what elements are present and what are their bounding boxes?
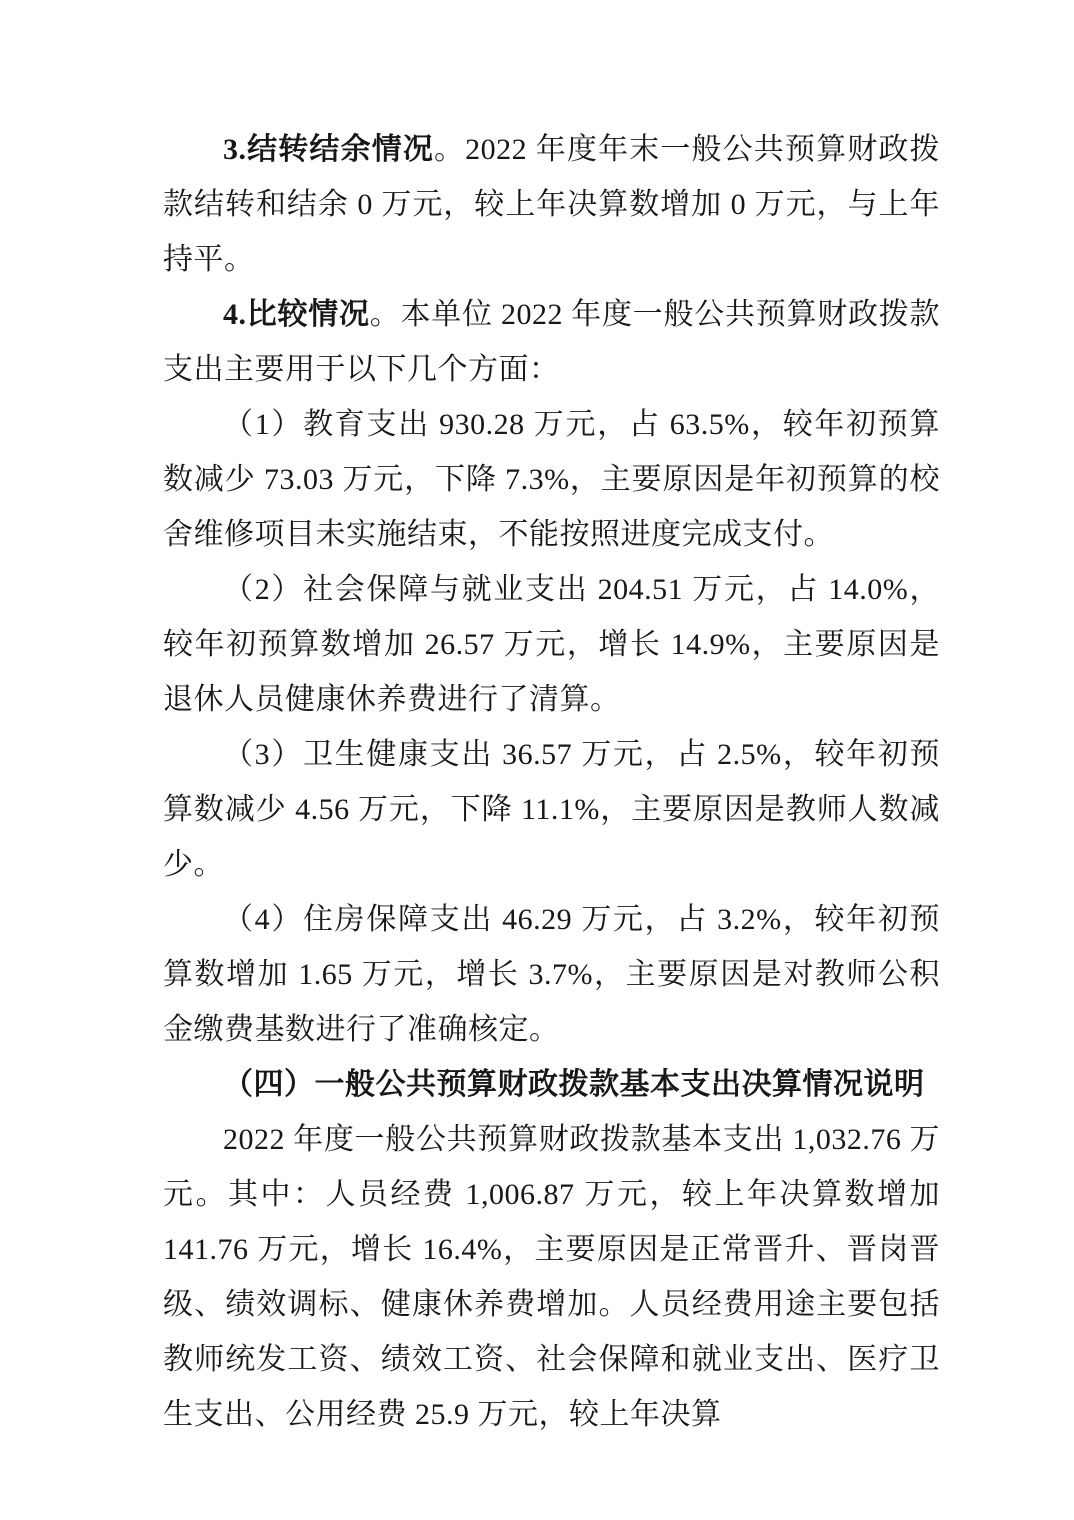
paragraph-basic-expenditure-detail: 2022 年度一般公共预算财政拨款基本支出 1,032.76 万元。其中：人员经… bbox=[163, 1112, 940, 1442]
paragraph-health-expense: （3）卫生健康支出 36.57 万元，占 2.5%，较年初预算数减少 4.56 … bbox=[163, 727, 940, 892]
paragraph-education-expense: （1）教育支出 930.28 万元，占 63.5%，较年初预算数减少 73.03… bbox=[163, 397, 940, 562]
paragraph-carryover-balance: 3.结转结余情况。2022 年度年末一般公共预算财政拨款结转和结余 0 万元，较… bbox=[163, 122, 940, 287]
paragraph-lead: 3.结转结余情况 bbox=[223, 133, 434, 166]
paragraph-social-security-expense: （2）社会保障与就业支出 204.51 万元，占 14.0%，较年初预算数增加 … bbox=[163, 562, 940, 727]
paragraph-lead: 4.比较情况 bbox=[223, 298, 370, 331]
heading-text: （四）一般公共预算财政拨款基本支出决算情况说明 bbox=[223, 1068, 925, 1101]
paragraph-comparison: 4.比较情况。本单位 2022 年度一般公共预算财政拨款支出主要用于以下几个方面… bbox=[163, 287, 940, 397]
paragraph-body: （2）社会保障与就业支出 204.51 万元，占 14.0%，较年初预算数增加 … bbox=[163, 573, 940, 716]
section-heading-basic-expenditure: （四）一般公共预算财政拨款基本支出决算情况说明 bbox=[163, 1057, 940, 1112]
paragraph-housing-expense: （4）住房保障支出 46.29 万元，占 3.2%，较年初预算数增加 1.65 … bbox=[163, 892, 940, 1057]
paragraph-body: （4）住房保障支出 46.29 万元，占 3.2%，较年初预算数增加 1.65 … bbox=[163, 903, 940, 1046]
document-page: 3.结转结余情况。2022 年度年末一般公共预算财政拨款结转和结余 0 万元，较… bbox=[0, 0, 1074, 1520]
paragraph-body: （1）教育支出 930.28 万元，占 63.5%，较年初预算数减少 73.03… bbox=[163, 408, 940, 551]
paragraph-body: （3）卫生健康支出 36.57 万元，占 2.5%，较年初预算数减少 4.56 … bbox=[163, 738, 940, 881]
paragraph-body: 2022 年度一般公共预算财政拨款基本支出 1,032.76 万元。其中：人员经… bbox=[163, 1123, 940, 1431]
